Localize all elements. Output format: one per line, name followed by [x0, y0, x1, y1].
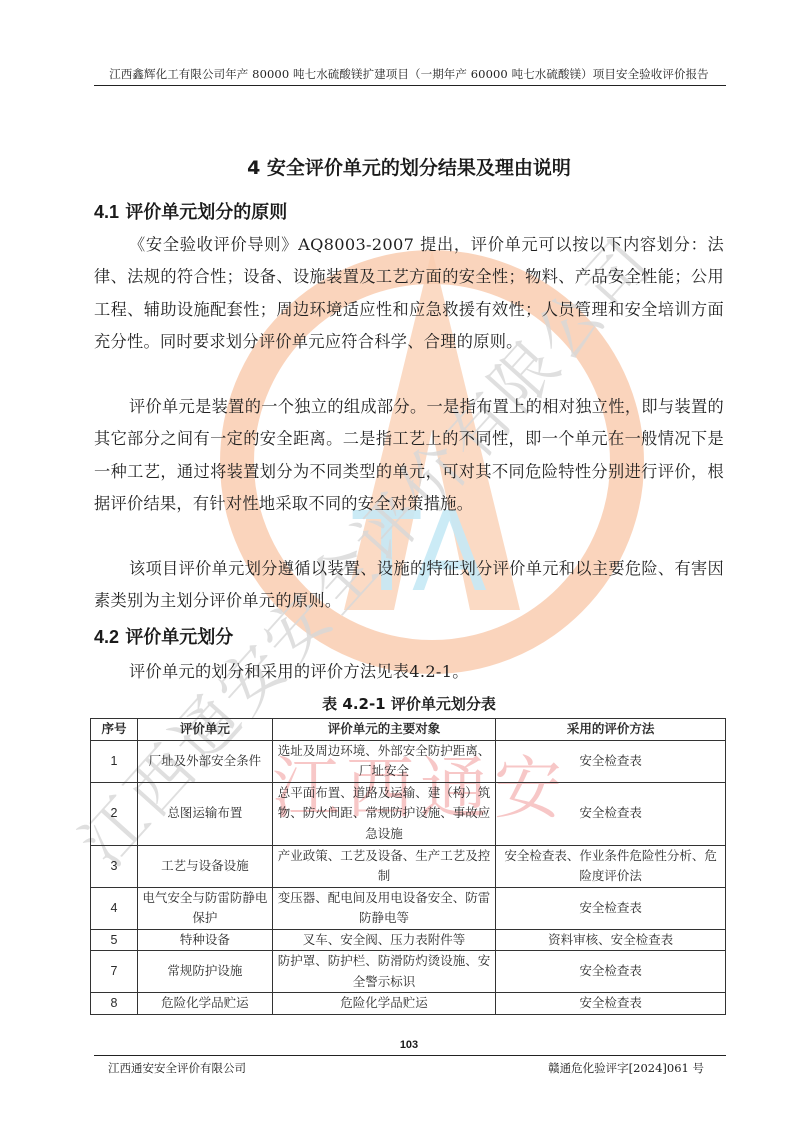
cell-unit: 电气安全与防雷防静电保护 — [137, 887, 272, 929]
paragraph-principles: 《安全验收评价导则》AQ8003-2007 提出，评价单元可以按以下内容划分：法… — [94, 229, 724, 359]
cell-unit: 总图运输布置 — [137, 782, 272, 845]
cell-method: 安全检查表 — [496, 887, 726, 929]
cell-objects: 总平面布置、道路及运输、建（构）筑物、防火间距、常规防护设施、事故应急设施 — [272, 782, 496, 845]
footer-document-code: 赣通危化验评字[2024]061 号 — [548, 1060, 704, 1076]
cell-unit: 厂址及外部安全条件 — [137, 740, 272, 782]
cell-objects: 危险化学品贮运 — [272, 993, 496, 1015]
column-header-objects: 评价单元的主要对象 — [272, 719, 496, 741]
section-number: 4.1 — [94, 202, 119, 222]
cell-method: 安全检查表 — [496, 782, 726, 845]
footer-company: 江西通安安全评价有限公司 — [108, 1060, 246, 1076]
table-header-row: 序号 评价单元 评价单元的主要对象 采用的评价方法 — [91, 719, 726, 741]
table-row: 2 总图运输布置 总平面布置、道路及运输、建（构）筑物、防火间距、常规防护设施、… — [91, 782, 726, 845]
table-row: 8 危险化学品贮运 危险化学品贮运 安全检查表 — [91, 993, 726, 1015]
paragraph-table-reference: 评价单元的划分和采用的评价方法见表4.2-1。 — [94, 656, 724, 688]
table-caption: 表 4.2-1 评价单元划分表 — [94, 694, 724, 714]
chapter-title: 4 安全评价单元的划分结果及理由说明 — [94, 155, 724, 181]
column-header-method: 采用的评价方法 — [496, 719, 726, 741]
cell-method: 安全检查表 — [496, 740, 726, 782]
cell-unit: 常规防护设施 — [137, 951, 272, 993]
cell-unit: 工艺与设备设施 — [137, 845, 272, 887]
cell-no: 5 — [91, 929, 138, 951]
table-row: 1 厂址及外部安全条件 选址及周边环境、外部安全防护距离、厂址安全 安全检查表 — [91, 740, 726, 782]
table-row: 4 电气安全与防雷防静电保护 变压器、配电间及用电设备安全、防雷防静电等 安全检… — [91, 887, 726, 929]
cell-no: 1 — [91, 740, 138, 782]
header-divider — [94, 85, 726, 86]
cell-no: 3 — [91, 845, 138, 887]
running-header: 江西鑫辉化工有限公司年产 80000 吨七水硫酸镁扩建项目（一期年产 60000… — [94, 66, 724, 82]
section-number: 4.2 — [94, 627, 119, 647]
cell-no: 2 — [91, 782, 138, 845]
cell-method: 安全检查表 — [496, 993, 726, 1015]
section-title-text: 评价单元划分 — [125, 627, 233, 648]
cell-objects: 叉车、安全阀、压力表附件等 — [272, 929, 496, 951]
table-row: 3 工艺与设备设施 产业政策、工艺及设备、生产工艺及控制 安全检查表、作业条件危… — [91, 845, 726, 887]
cell-method: 资料审核、安全检查表 — [496, 929, 726, 951]
paragraph-unit-definition: 评价单元是装置的一个独立的组成部分。一是指布置上的相对独立性，即与装置的其它部分… — [94, 391, 724, 521]
section-heading-4-1: 4.1 评价单元划分的原则 — [94, 200, 287, 225]
section-title-text: 评价单元划分的原则 — [125, 202, 287, 223]
cell-unit: 特种设备 — [137, 929, 272, 951]
column-header-no: 序号 — [91, 719, 138, 741]
table-row: 5 特种设备 叉车、安全阀、压力表附件等 资料审核、安全检查表 — [91, 929, 726, 951]
column-header-unit: 评价单元 — [137, 719, 272, 741]
cell-no: 4 — [91, 887, 138, 929]
cell-objects: 变压器、配电间及用电设备安全、防雷防静电等 — [272, 887, 496, 929]
page-number: 103 — [94, 1039, 724, 1051]
cell-objects: 防护罩、防护栏、防滑防灼烫设施、安全警示标识 — [272, 951, 496, 993]
footer-divider — [94, 1055, 726, 1056]
cell-unit: 危险化学品贮运 — [137, 993, 272, 1015]
cell-objects: 产业政策、工艺及设备、生产工艺及控制 — [272, 845, 496, 887]
cell-no: 7 — [91, 951, 138, 993]
cell-objects: 选址及周边环境、外部安全防护距离、厂址安全 — [272, 740, 496, 782]
table-row: 7 常规防护设施 防护罩、防护栏、防滑防灼烫设施、安全警示标识 安全检查表 — [91, 951, 726, 993]
evaluation-units-table: 序号 评价单元 评价单元的主要对象 采用的评价方法 1 厂址及外部安全条件 选址… — [90, 718, 726, 1015]
section-heading-4-2: 4.2 评价单元划分 — [94, 625, 233, 650]
cell-method: 安全检查表 — [496, 951, 726, 993]
paragraph-project-principle: 该项目评价单元划分遵循以装置、设施的特征划分评价单元和以主要危险、有害因素类别为… — [94, 553, 724, 618]
cell-method: 安全检查表、作业条件危险性分析、危险度评价法 — [496, 845, 726, 887]
cell-no: 8 — [91, 993, 138, 1015]
